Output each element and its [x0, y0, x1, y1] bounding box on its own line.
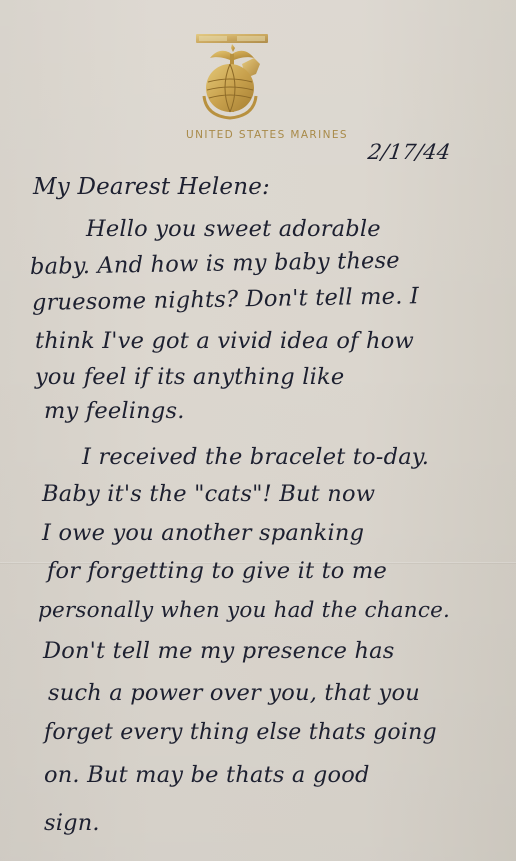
letter-line: for forgetting to give it to me: [47, 560, 387, 583]
letter-line: forget every thing else thats going: [44, 722, 437, 744]
letter-line: on. But may be thats a good: [44, 764, 370, 787]
letter-line: sign.: [44, 812, 100, 835]
letter-line: gruesome nights? Don't tell me. I: [32, 285, 419, 314]
letter-line: Don't tell me my presence has: [43, 640, 395, 663]
letter-line: Baby it's the "cats"! But now: [42, 483, 375, 506]
letter-line: my feelings.: [44, 400, 185, 423]
letter-line: I received the bracelet to-day.: [82, 446, 429, 469]
letter-line: Hello you sweet adorable: [86, 218, 381, 241]
letter-salutation: My Dearest Helene:: [33, 176, 270, 199]
marine-corps-emblem-icon: [190, 30, 274, 122]
letter-date: 2/17/44: [367, 142, 452, 163]
letter-line: you feel if its anything like: [35, 366, 344, 389]
letter-page: UNITED STATES MARINES 2/17/44 My Dearest…: [0, 0, 516, 861]
letter-line: I owe you another spanking: [42, 522, 364, 545]
letter-line: think I've got a vivid idea of how: [35, 330, 414, 353]
letter-line: personally when you had the chance.: [38, 600, 450, 622]
letter-line: baby. And how is my baby these: [30, 250, 400, 279]
letter-line: such a power over you, that you: [48, 682, 420, 705]
